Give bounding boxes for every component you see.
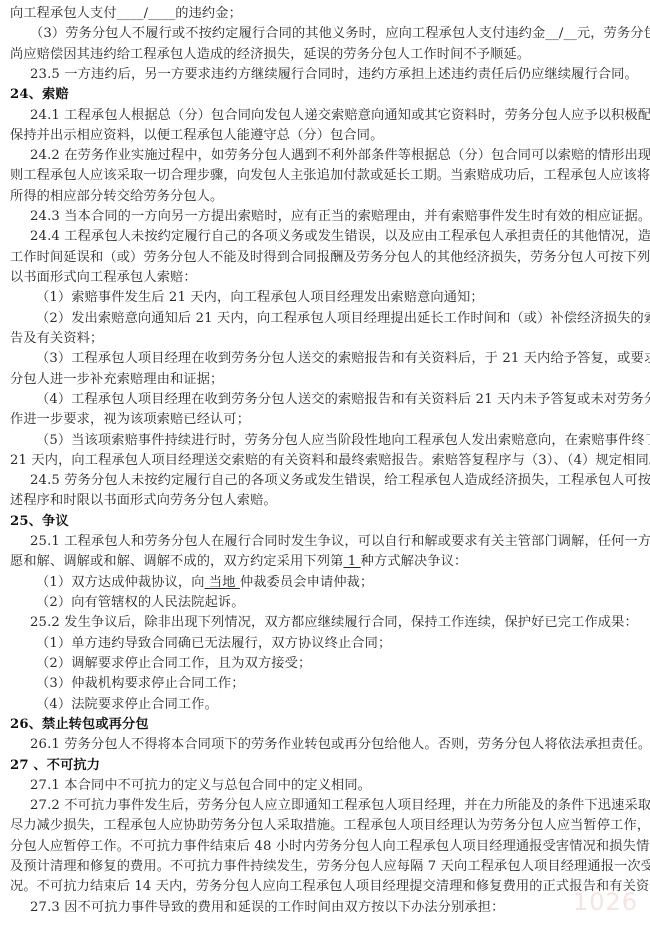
paragraph-line: （1）单方违约导致合同确已无法履行，双方协议终止合同； <box>0 634 650 654</box>
paragraph-line: （4）法院要求停止合同工作。 <box>0 695 650 715</box>
paragraph-line: 24.5 劳务分包人未按约定履行自己的各项义务或发生错误，给工程承包人造成经济损… <box>0 471 650 491</box>
paragraph-line: 24.4 工程承包人未按约定履行自己的各项义务或发生错误，以及应由工程承包人承担… <box>0 227 650 247</box>
text-span: （2）调解要求停止合同工作，且为双方接受； <box>36 656 311 671</box>
text-span: （1）单方违约导致合同确已无法履行，双方协议终止合同； <box>36 636 391 651</box>
text-span: 种方式解决争议： <box>361 554 468 569</box>
text-span: 25.1 工程承包人和劳务分包人在履行合同时发生争议，可以自行和解或要求有关主管… <box>30 534 650 549</box>
paragraph-line: （2）调解要求停止合同工作，且为双方接受； <box>0 654 650 674</box>
text-span: （4）工程承包人项目经理在收到劳务分包人送交的索赔报告和有关资料后 21 天内未… <box>36 392 650 407</box>
text-span: 告及有关资料； <box>10 331 103 346</box>
paragraph-line: 及预计清理和修复的费用。不可抗力事件持续发生，劳务分包人应每隔 7 天向工程承包… <box>0 857 650 877</box>
paragraph-line: 作进一步要求，视为该项索赔已经认可； <box>0 410 650 430</box>
text-span: ____/____ <box>117 6 176 21</box>
text-span: 25.2 发生争议后，除非出现下列情况，双方都应继续履行合同，保持工作连续，保护… <box>30 615 638 630</box>
text-span: 23.5 一方违约后，另一方要求违约方继续履行合同时，违约方承担上述违约责任后仍… <box>30 67 638 82</box>
text-span: 24.2 在劳务作业实施过程中，如劳务分包人遇到不利外部条件等根据总（分）包合同… <box>30 148 650 163</box>
text-span: 24.4 工程承包人未按约定履行自己的各项义务或发生错误，以及应由工程承包人承担… <box>30 229 650 244</box>
paragraph-line: （1）双方达成仲裁协议，向 当地 仲裁委员会申请仲裁； <box>0 573 650 593</box>
document-page: 向工程承包人支付____/____的违约金；（3）劳务分包人不履行或不按约定履行… <box>0 0 650 925</box>
paragraph-line: 26.1 劳务分包人不得将本合同项下的劳务作业转包或再分包给他人。否则，劳务分包… <box>0 735 650 755</box>
paragraph-line: 愿和解、调解或和解、调解不成的，双方约定采用下列第 1 种方式解决争议： <box>0 552 650 572</box>
filled-blank: 当地 <box>205 575 240 590</box>
text-span: 27.2 不可抗力事件发生后，劳务分包人应立即通知工程承包人项目经理，并在力所能… <box>30 798 650 813</box>
text-span: 仲裁委员会申请仲裁； <box>240 575 373 590</box>
text-span: 24.3 当本合同的一方向另一方提出索赔时，应有正当的索赔理由，并有索赔事件发生… <box>30 209 650 224</box>
section-heading: 25、争议 <box>0 512 650 532</box>
paragraph-line: 工作时间延误和（或）劳务分包人不能及时得到合同报酬及劳务分包人的其他经济损失，劳… <box>0 248 650 268</box>
paragraph-line: （2）向有管辖权的人民法院起诉。 <box>0 593 650 613</box>
text-span: 元，劳务分包人 <box>577 26 650 41</box>
text-span: 24.1 工程承包人根据总（分）包合同向发包人递交索赔意向通知或其它资料时，劳务… <box>30 108 650 123</box>
paragraph-line: 27.1 本合同中不可抗力的定义与总包合同中的定义相同。 <box>0 776 650 796</box>
paragraph-line: （1）索赔事件发生后 21 天内，向工程承包人项目经理发出索赔意向通知； <box>0 288 650 308</box>
watermark: 1026 <box>573 888 638 916</box>
paragraph-line: 27.3 因不可抗力事件导致的费用和延误的工作时间由双方按以下办法分别承担： <box>0 898 650 918</box>
paragraph-line: （3）工程承包人项目经理在收到劳务分包人送交的索赔报告和有关资料后，于 21 天… <box>0 349 650 369</box>
paragraph-line: （3）劳务分包人不履行或不按约定履行合同的其他义务时，应向工程承包人支付违约金_… <box>0 24 650 44</box>
paragraph-line: 述程序和时限以书面形式向劳务分包人索赔。 <box>0 491 650 511</box>
paragraph-line: 分包人进一步补充索赔理由和证据； <box>0 370 650 390</box>
text-span: 则工程承包人应该采取一切合理步骤，向发包人主张追加付款或延长工期。当索赔成功后，… <box>10 168 650 183</box>
paragraph-line: （4）工程承包人项目经理在收到劳务分包人送交的索赔报告和有关资料后 21 天内未… <box>0 390 650 410</box>
text-span: 尽力减少损失，工程承包人应协助劳务分包人采取措施。工程承包人项目经理认为劳务分包… <box>10 818 650 833</box>
paragraph-line: 况。不可抗力结束后 14 天内，劳务分包人应向工程承包人项目经理提交清理和修复费… <box>0 877 650 897</box>
text-span: 27 、不可抗力 <box>10 758 100 773</box>
paragraph-line: 所得的相应部分转交给劳务分包人。 <box>0 187 650 207</box>
text-span: 21 天内，向工程承包人项目经理送交索赔的有关资料和最终索赔报告。索赔答复程序与… <box>10 453 650 468</box>
paragraph-line: 25.2 发生争议后，除非出现下列情况，双方都应继续履行合同，保持工作连续，保护… <box>0 613 650 633</box>
paragraph-line: 告及有关资料； <box>0 329 650 349</box>
text-span: （1）索赔事件发生后 21 天内，向工程承包人项目经理发出索赔意向通知； <box>36 290 484 305</box>
paragraph-line: 以书面形式向工程承包人索赔： <box>0 268 650 288</box>
section-heading: 27 、不可抗力 <box>0 756 650 776</box>
text-span: 保持并出示相应资料，以便工程承包人能遵守总（分）包合同。 <box>10 128 383 143</box>
text-span: （3）劳务分包人不履行或不按约定履行合同的其他义务时，应向工程承包人支付违约金 <box>30 26 545 41</box>
paragraph-line: 保持并出示相应资料，以便工程承包人能遵守总（分）包合同。 <box>0 126 650 146</box>
text-span: 所得的相应部分转交给劳务分包人。 <box>10 189 223 204</box>
text-span: 25、争议 <box>10 514 69 529</box>
paragraph-line: （2）发出索赔意向通知后 21 天内，向工程承包人项目经理提出延长工作时间和（或… <box>0 309 650 329</box>
paragraph-line: 24.3 当本合同的一方向另一方提出索赔时，应有正当的索赔理由，并有索赔事件发生… <box>0 207 650 227</box>
text-span: （4）法院要求停止合同工作。 <box>36 697 218 712</box>
text-span: 愿和解、调解或和解、调解不成的，双方约定采用下列第 <box>10 554 343 569</box>
text-span: （2）发出索赔意向通知后 21 天内，向工程承包人项目经理提出延长工作时间和（或… <box>36 311 650 326</box>
text-span: 尚应赔偿因其违约给工程承包人造成的经济损失，延误的劳务分包人工作时间不予顺延。 <box>10 47 530 62</box>
text-span: 以书面形式向工程承包人索赔： <box>10 270 197 285</box>
text-span: （5）当该项索赔事件持续进行时，劳务分包人应当阶段性地向工程承包人发出索赔意向，… <box>36 433 650 448</box>
text-span: 26.1 劳务分包人不得将本合同项下的劳务作业转包或再分包给他人。否则，劳务分包… <box>30 737 650 752</box>
paragraph-line: 分包人应暂停工作。不可抗力事件结束后 48 小时内劳务分包人向工程承包人项目经理… <box>0 837 650 857</box>
text-span: （3）仲裁机构要求停止合同工作； <box>36 676 245 691</box>
paragraph-line: 25.1 工程承包人和劳务分包人在履行合同时发生争议，可以自行和解或要求有关主管… <box>0 532 650 552</box>
paragraph-line: 向工程承包人支付____/____的违约金； <box>0 4 650 24</box>
text-span: 27.1 本合同中不可抗力的定义与总包合同中的定义相同。 <box>30 778 371 793</box>
text-span: 工作时间延误和（或）劳务分包人不能及时得到合同报酬及劳务分包人的其他经济损失，劳… <box>10 250 650 265</box>
text-span: （2）向有管辖权的人民法院起诉。 <box>36 595 245 610</box>
paragraph-line: （3）仲裁机构要求停止合同工作； <box>0 674 650 694</box>
text-span: 26、禁止转包或再分包 <box>10 717 149 732</box>
text-span: 作进一步要求，视为该项索赔已经认可； <box>10 412 250 427</box>
paragraph-line: 尽力减少损失，工程承包人应协助劳务分包人采取措施。工程承包人项目经理认为劳务分包… <box>0 816 650 836</box>
text-span: （1）双方达成仲裁协议，向 <box>36 575 205 590</box>
text-span: 24、索赔 <box>10 87 69 102</box>
paragraph-line: 21 天内，向工程承包人项目经理送交索赔的有关资料和最终索赔报告。索赔答复程序与… <box>0 451 650 471</box>
paragraph-line: 尚应赔偿因其违约给工程承包人造成的经济损失，延误的劳务分包人工作时间不予顺延。 <box>0 45 650 65</box>
paragraph-line: 则工程承包人应该采取一切合理步骤，向发包人主张追加付款或延长工期。当索赔成功后，… <box>0 166 650 186</box>
paragraph-line: 23.5 一方违约后，另一方要求违约方继续履行合同时，违约方承担上述违约责任后仍… <box>0 65 650 85</box>
text-span: （3）工程承包人项目经理在收到劳务分包人送交的索赔报告和有关资料后，于 21 天… <box>36 351 650 366</box>
text-span: 的违约金； <box>175 6 242 21</box>
paragraph-line: 24.1 工程承包人根据总（分）包合同向发包人递交索赔意向通知或其它资料时，劳务… <box>0 106 650 126</box>
text-span: 24.5 劳务分包人未按约定履行自己的各项义务或发生错误，给工程承包人造成经济损… <box>30 473 650 488</box>
filled-blank: 1 <box>343 554 360 569</box>
section-heading: 24、索赔 <box>0 85 650 105</box>
text-span: __/__ <box>545 26 577 41</box>
paragraph-line: 27.2 不可抗力事件发生后，劳务分包人应立即通知工程承包人项目经理，并在力所能… <box>0 796 650 816</box>
text-span: 向工程承包人支付 <box>10 6 117 21</box>
text-span: 分包人进一步补充索赔理由和证据； <box>10 372 223 387</box>
text-span: 述程序和时限以书面形式向劳务分包人索赔。 <box>10 493 277 508</box>
paragraph-line: （5）当该项索赔事件持续进行时，劳务分包人应当阶段性地向工程承包人发出索赔意向，… <box>0 431 650 451</box>
section-heading: 26、禁止转包或再分包 <box>0 715 650 735</box>
paragraph-line: 24.2 在劳务作业实施过程中，如劳务分包人遇到不利外部条件等根据总（分）包合同… <box>0 146 650 166</box>
